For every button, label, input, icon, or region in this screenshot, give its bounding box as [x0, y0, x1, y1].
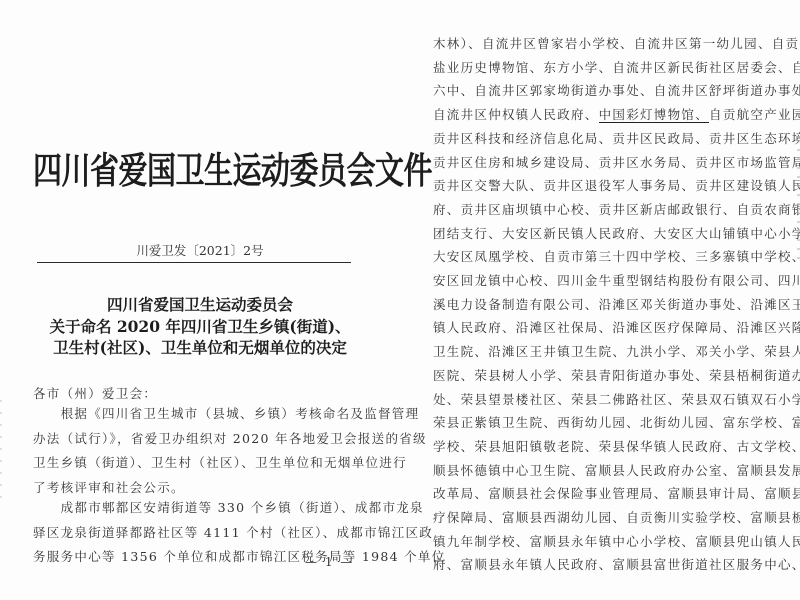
text-line: 卫生院、沿滩区王井镇卫生院、九洪小学、邓关小学、荣县人民: [433, 340, 800, 364]
text-line: 顺县怀德镇中心卫生院、富顺县人民政府办公室、富顺县发展和: [433, 459, 800, 483]
text-line-highlighted: 自流井区仲权镇人民政府、中国彩灯博物馆、自贡航空产业园区、: [433, 103, 800, 127]
unit-list: 木林）、自流井区曾家岩小学校、自流井区第一幼儿园、自贡市 盐业历史博物馆、东方小…: [433, 32, 800, 577]
scan-edge-marks: [0, 400, 2, 500]
text-line: 六中、自流井区郭家坳街道办事处、自流井区舒坪街道办事处、: [433, 79, 800, 103]
header-divider: [37, 262, 351, 263]
left-page: 四川省爱国卫生运动委员会文件 川爱卫发〔2021〕2号 四川省爱国卫生运动委员会…: [0, 0, 400, 600]
heading-line: 卫生村(社区)、卫生单位和无烟单位的决定: [0, 337, 400, 359]
text-line: 成都市郫都区安靖街道等 330 个乡镇（街道）、成都市龙泉: [33, 496, 363, 521]
heading-line: 关于命名 2020 年四川省卫生乡镇(街道)、: [0, 316, 400, 338]
text-line: 团结支行、大安区新民镇人民政府、大安区大山铺镇中心小学校、: [433, 222, 800, 246]
text-line: 办法（试行）》，省爱卫办组织对 2020 年各地爱卫会报送的省级: [33, 427, 363, 452]
heading-line: 四川省爱国卫生运动委员会: [0, 294, 400, 316]
text-line: 府、贡井区庙坝镇中心校、贡井区新店邮政银行、自贡农商银行: [433, 198, 800, 222]
document-title: 四川省爱国卫生运动委员会文件: [33, 143, 363, 194]
text-line: 根据《四川省卫生城市（县城、乡镇）考核命名及监督管理: [33, 402, 363, 427]
text-line: 府、富顺县永年镇人民政府、富顺县富世街道社区服务中心、富: [433, 553, 800, 577]
text-line: 医院、荣县树人小学、荣县青阳街道办事处、荣县梧桐街道办事: [433, 364, 800, 388]
text-line: 镇九年制学校、富顺县永年镇中心小学校、富顺县兜山镇人民政: [433, 530, 800, 554]
text-line: 溪电力设备制造有限公司、沿滩区邓关街道办事处、沿滩区王井: [433, 293, 800, 317]
text-line: 处、荣县望景楼社区、荣县二佛路社区、荣县双石镇双石小学、: [433, 388, 800, 412]
decision-heading: 四川省爱国卫生运动委员会 关于命名 2020 年四川省卫生乡镇(街道)、 卫生村…: [0, 294, 400, 359]
text-segment: 自贡航空产业园区、: [709, 107, 800, 122]
text-line: 改革局、富顺县社会保险事业管理局、富顺县审计局、富顺县医: [433, 482, 800, 506]
text-line: 盐业历史博物馆、东方小学、自流井区新民街社区居委会、自贡: [433, 56, 800, 80]
text-line: 木林）、自流井区曾家岩小学校、自流井区第一幼儿园、自贡市: [433, 32, 800, 56]
text-line: 驿区龙泉街道驿都路社区等 4111 个村（社区）、成都市锦江区政: [33, 521, 363, 546]
text-line: 疗保障局、富顺县西湖幼儿园、自贡衡川实验学校、富顺县板桥: [433, 506, 800, 530]
document-number: 川爱卫发〔2021〕2号: [0, 241, 400, 259]
text-segment: 自流井区仲权镇人民政府、: [433, 107, 599, 122]
text-line: 卫生乡镇（街道）、卫生村（社区）、卫生单位和无烟单位进行: [33, 451, 363, 476]
text-line: 贡井区科技和经济信息化局、贡井区民政局、贡井区生态环境局、: [433, 127, 800, 151]
underlined-entry: 中国彩灯博物馆、: [599, 107, 709, 123]
text-line: 大安区凤凰学校、自贡市第三十四中学校、三多寨镇中学校、大: [433, 245, 800, 269]
right-page: 木林）、自流井区曾家岩小学校、自流井区第一幼儿园、自贡市 盐业历史博物馆、东方小…: [400, 0, 800, 600]
text-line: 安区回龙镇中心校、四川金牛重型钢结构股份有限公司、四川釜: [433, 269, 800, 293]
text-line: 贡井区住房和城乡建设局、贡井区水务局、贡井区市场监管局、: [433, 151, 800, 175]
page-number: — 1 —: [305, 555, 354, 569]
text-line: 镇人民政府、沿滩区社保局、沿滩区医疗保障局、沿滩区兴隆镇: [433, 316, 800, 340]
paragraph-1: 根据《四川省卫生城市（县城、乡镇）考核命名及监督管理 办法（试行）》，省爱卫办组…: [33, 402, 363, 500]
text-line: 贡井区交警大队、贡井区退役军人事务局、贡井区建设镇人民政: [433, 174, 800, 198]
text-line: 荣县正紫镇卫生院、西街幼儿园、北街幼儿园、富东学校、富西: [433, 411, 800, 435]
text-line: 学校、荣县旭阳镇敬老院、荣县保华镇人民政府、古文学校、富: [433, 435, 800, 459]
